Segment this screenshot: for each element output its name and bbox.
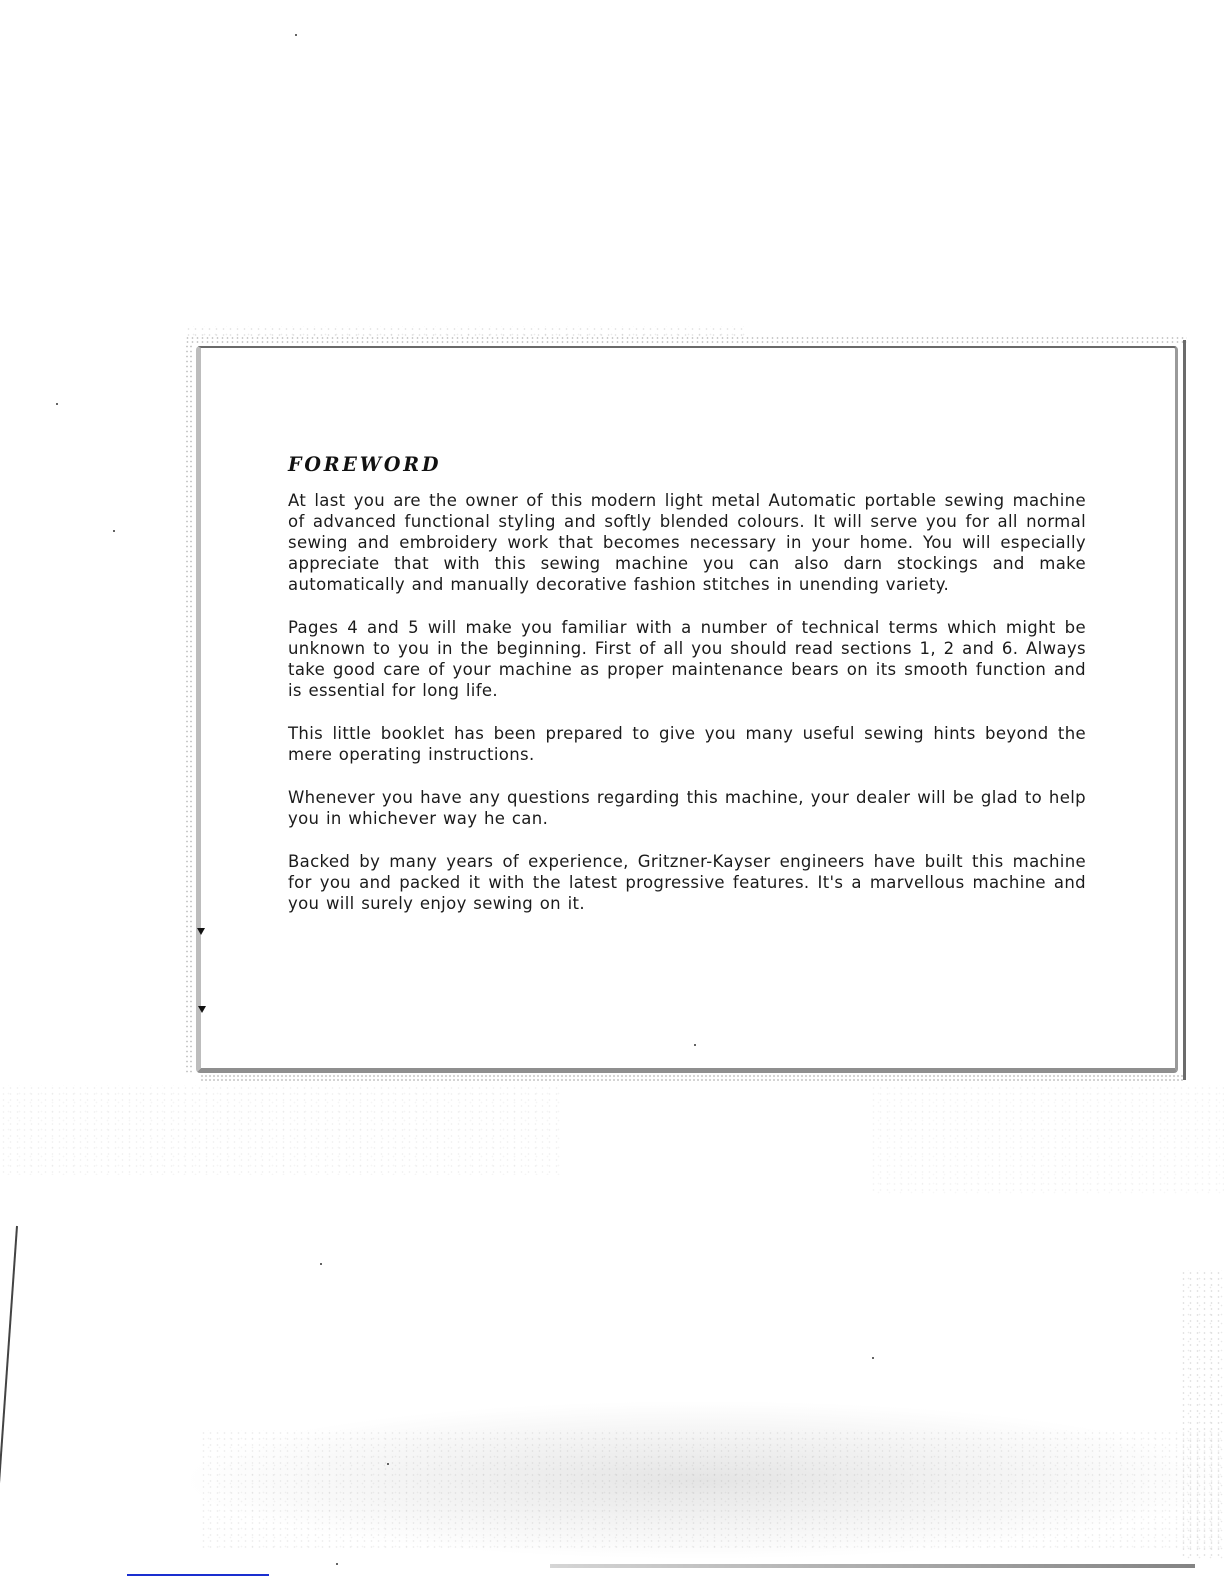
scan-noise-right-edge xyxy=(1180,1270,1224,1560)
scan-edge-stroke xyxy=(0,1226,18,1490)
frame-right-edge xyxy=(1183,340,1186,1080)
foreword-section: FOREWORD At last you are the owner of th… xyxy=(288,452,1086,936)
scan-dot xyxy=(387,1463,389,1465)
scan-dot xyxy=(56,403,58,405)
accent-line xyxy=(127,1574,269,1576)
scan-dot xyxy=(295,34,297,36)
paragraph-booklet: This little booklet has been prepared to… xyxy=(288,723,1086,765)
scan-noise-bottom xyxy=(200,1430,1224,1550)
paragraph-dealer: Whenever you have any questions regardin… xyxy=(288,787,1086,829)
scan-dot xyxy=(113,530,115,532)
frame-top-edge xyxy=(185,336,1187,344)
scan-bottom-rule xyxy=(550,1564,1195,1568)
scan-noise-bottom-right xyxy=(870,1085,1224,1195)
binding-mark-icon xyxy=(197,928,205,935)
scan-dot xyxy=(694,1044,696,1046)
scan-noise-bottom-left xyxy=(0,1085,560,1175)
paragraph-engineers: Backed by many years of experience, Grit… xyxy=(288,851,1086,914)
scan-dot xyxy=(320,1263,322,1265)
paragraph-technical-terms: Pages 4 and 5 will make you familiar wit… xyxy=(288,617,1086,701)
frame-bottom-edge xyxy=(200,1074,1185,1082)
scan-dot xyxy=(336,1563,338,1565)
binding-mark-icon xyxy=(198,1006,206,1013)
frame-left-edge xyxy=(185,344,193,1074)
page-title: FOREWORD xyxy=(288,452,1046,476)
paragraph-intro: At last you are the owner of this modern… xyxy=(288,490,1086,595)
scan-dot xyxy=(872,1357,874,1359)
